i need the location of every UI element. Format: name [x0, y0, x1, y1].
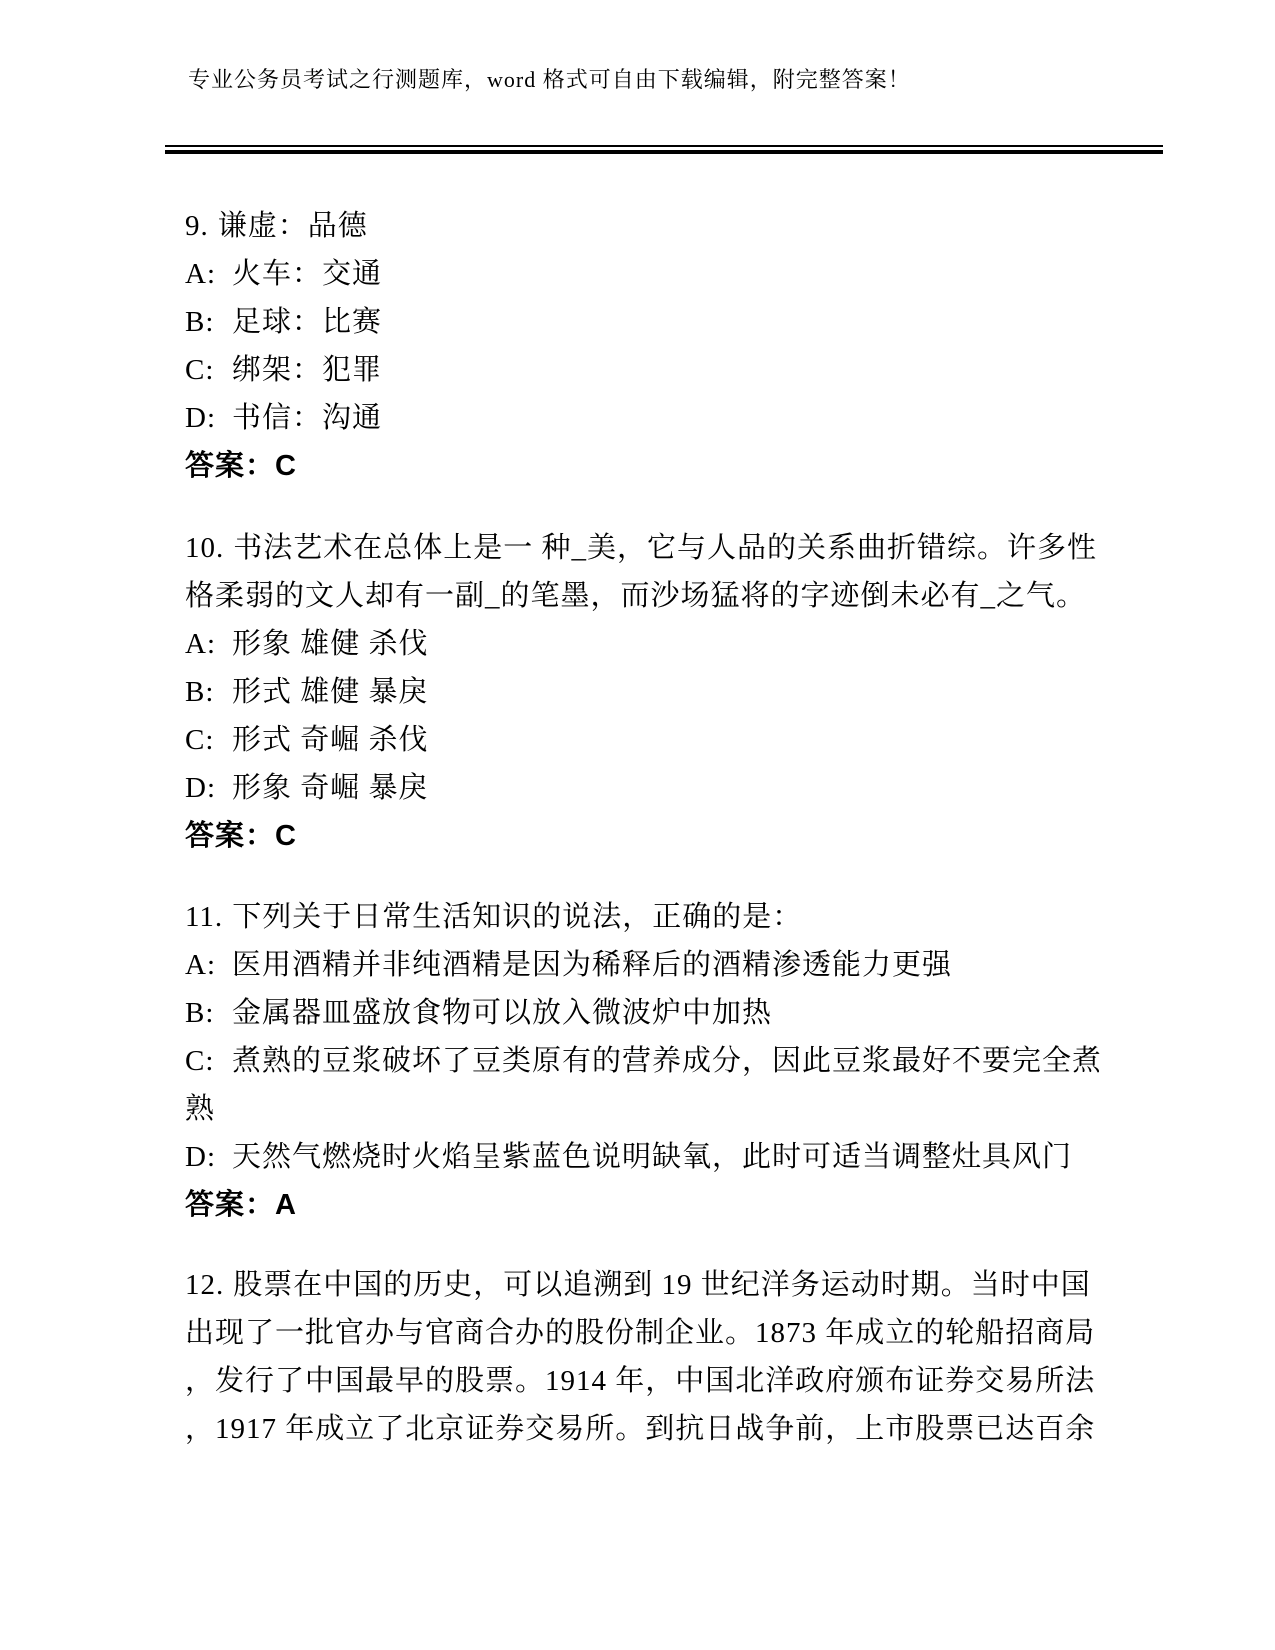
option-text: 金属器皿盛放食物可以放入微波炉中加热	[232, 997, 772, 1029]
page-header: 专业公务员考试之行测题库，word 格式可自由下载编辑，附完整答案！	[188, 66, 911, 94]
option-label: B:	[185, 989, 232, 1037]
option-row-d: D:书信：沟通	[185, 394, 1170, 442]
question-number: 11.	[185, 901, 223, 933]
option-row-a: A:医用酒精并非纯酒精是因为稀释后的酒精渗透能力更强	[185, 941, 1170, 989]
question-number: 10.	[185, 532, 224, 564]
question-stem-text: 股票在中国的历史，可以追溯到 19 世纪洋务运动时期。当时中国	[233, 1269, 1091, 1301]
option-row-d: D:天然气燃烧时火焰呈紫蓝色说明缺氧，此时可适当调整灶具风门	[185, 1133, 1170, 1181]
question-block-10: 10.书法艺术在总体上是一 种_美，它与人品的关系曲折错综。许多性 格柔弱的文人…	[185, 524, 1170, 860]
question-stem: 11.下列关于日常生活知识的说法，正确的是：	[185, 893, 1170, 941]
option-text: 煮熟的豆浆破坏了豆类原有的营养成分，因此豆浆最好不要完全煮	[232, 1045, 1102, 1077]
option-label: C:	[185, 1037, 232, 1085]
document-page: 专业公务员考试之行测题库，word 格式可自由下载编辑，附完整答案！ 9.谦虚：…	[0, 0, 1275, 1650]
option-label: C:	[185, 716, 232, 764]
question-stem-line-3: ，发行了中国最早的股票。1914 年，中国北洋政府颁布证券交易所法	[185, 1357, 1170, 1405]
option-text: 绑架：犯罪	[232, 354, 382, 386]
option-row-a: A:形象 雄健 杀伐	[185, 620, 1170, 668]
option-row-c-line-2: 熟	[185, 1085, 1170, 1133]
question-stem-line-2: 格柔弱的文人却有一副_的笔墨，而沙场猛将的字迹倒未必有_之气。	[185, 572, 1170, 620]
option-label: C:	[185, 346, 232, 394]
question-block-12: 12.股票在中国的历史，可以追溯到 19 世纪洋务运动时期。当时中国 出现了一批…	[185, 1261, 1170, 1453]
answer-row: 答案：C	[185, 442, 1170, 490]
question-number: 9.	[185, 210, 209, 242]
option-row-d: D:形象 奇崛 暴戾	[185, 764, 1170, 812]
option-text: 天然气燃烧时火焰呈紫蓝色说明缺氧，此时可适当调整灶具风门	[232, 1141, 1072, 1173]
option-text: 足球：比赛	[232, 306, 382, 338]
answer-label: 答案：	[185, 1189, 275, 1221]
question-stem-text: 书法艺术在总体上是一 种_美，它与人品的关系曲折错综。许多性	[233, 532, 1097, 564]
question-stem-text: 谦虚：品德	[218, 210, 368, 242]
option-row-c: C:形式 奇崛 杀伐	[185, 716, 1170, 764]
option-label: B:	[185, 298, 232, 346]
question-stem-text: 下列关于日常生活知识的说法，正确的是：	[232, 901, 802, 933]
option-row-c: C:煮熟的豆浆破坏了豆类原有的营养成分，因此豆浆最好不要完全煮	[185, 1037, 1170, 1085]
option-label: D:	[185, 764, 232, 812]
option-text: 形象 奇崛 暴戾	[232, 772, 429, 804]
option-row-c: C:绑架：犯罪	[185, 346, 1170, 394]
option-row-b: B:形式 雄健 暴戾	[185, 668, 1170, 716]
answer-row: 答案：C	[185, 812, 1170, 860]
question-stem: 9.谦虚：品德	[185, 202, 1170, 250]
answer-label: 答案：	[185, 450, 275, 482]
option-text: 火车：交通	[232, 258, 382, 290]
question-stem-line-4: ，1917 年成立了北京证券交易所。到抗日战争前，上市股票已达百余	[185, 1405, 1170, 1453]
option-label: D:	[185, 394, 232, 442]
option-label: B:	[185, 668, 232, 716]
option-text: 形象 雄健 杀伐	[232, 628, 429, 660]
option-text: 形式 雄健 暴戾	[232, 676, 429, 708]
option-text: 医用酒精并非纯酒精是因为稀释后的酒精渗透能力更强	[232, 949, 952, 981]
option-label: A:	[185, 250, 232, 298]
option-row-a: A:火车：交通	[185, 250, 1170, 298]
answer-value: A	[275, 1189, 297, 1221]
answer-value: C	[275, 450, 297, 482]
option-text: 形式 奇崛 杀伐	[232, 724, 429, 756]
option-label: A:	[185, 620, 232, 668]
option-label: A:	[185, 941, 232, 989]
option-row-b: B:足球：比赛	[185, 298, 1170, 346]
question-block-11: 11.下列关于日常生活知识的说法，正确的是： A:医用酒精并非纯酒精是因为稀释后…	[185, 893, 1170, 1229]
question-number: 12.	[185, 1269, 224, 1301]
question-block-9: 9.谦虚：品德 A:火车：交通 B:足球：比赛 C:绑架：犯罪 D:书信：沟通 …	[185, 202, 1170, 490]
option-label: D:	[185, 1133, 232, 1181]
question-stem: 12.股票在中国的历史，可以追溯到 19 世纪洋务运动时期。当时中国	[185, 1261, 1170, 1309]
answer-row: 答案：A	[185, 1181, 1170, 1229]
answer-value: C	[275, 820, 297, 852]
option-row-b: B:金属器皿盛放食物可以放入微波炉中加热	[185, 989, 1170, 1037]
answer-label: 答案：	[185, 820, 275, 852]
option-text: 书信：沟通	[232, 402, 382, 434]
header-rule	[165, 145, 1163, 154]
question-stem-line-2: 出现了一批官办与官商合办的股份制企业。1873 年成立的轮船招商局	[185, 1309, 1170, 1357]
question-stem: 10.书法艺术在总体上是一 种_美，它与人品的关系曲折错综。许多性	[185, 524, 1170, 572]
